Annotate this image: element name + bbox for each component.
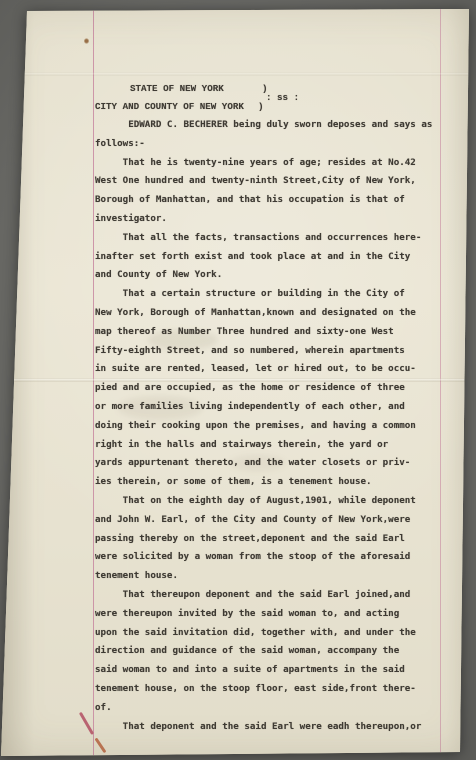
paper-blemish-speck [84,38,89,44]
jurat-county-line: CITY AND COUNTY OF NEW YORK [95,101,244,112]
jurat-bracket-bottom: ) [258,101,264,112]
red-pencil-mark-upper [79,712,94,735]
right-margin-rule-line [440,9,441,756]
jurat-state-line: STATE OF NEW YORK [130,83,224,94]
affidavit-body-text: EDWARD C. BECHERER being duly sworn depo… [95,116,432,736]
jurat-ss-label: : ss : [266,92,299,103]
document-paper: STATE OF NEW YORK ) : ss : CITY AND COUN… [0,0,476,760]
paper-shadow-wrapper: STATE OF NEW YORK ) : ss : CITY AND COUN… [0,0,476,760]
fold-crease-upper [2,72,468,76]
red-pencil-mark-lower [94,738,106,753]
left-margin-rule-line [93,9,94,756]
scanner-background: { "colors": { "background_color": "#6161… [0,0,476,760]
